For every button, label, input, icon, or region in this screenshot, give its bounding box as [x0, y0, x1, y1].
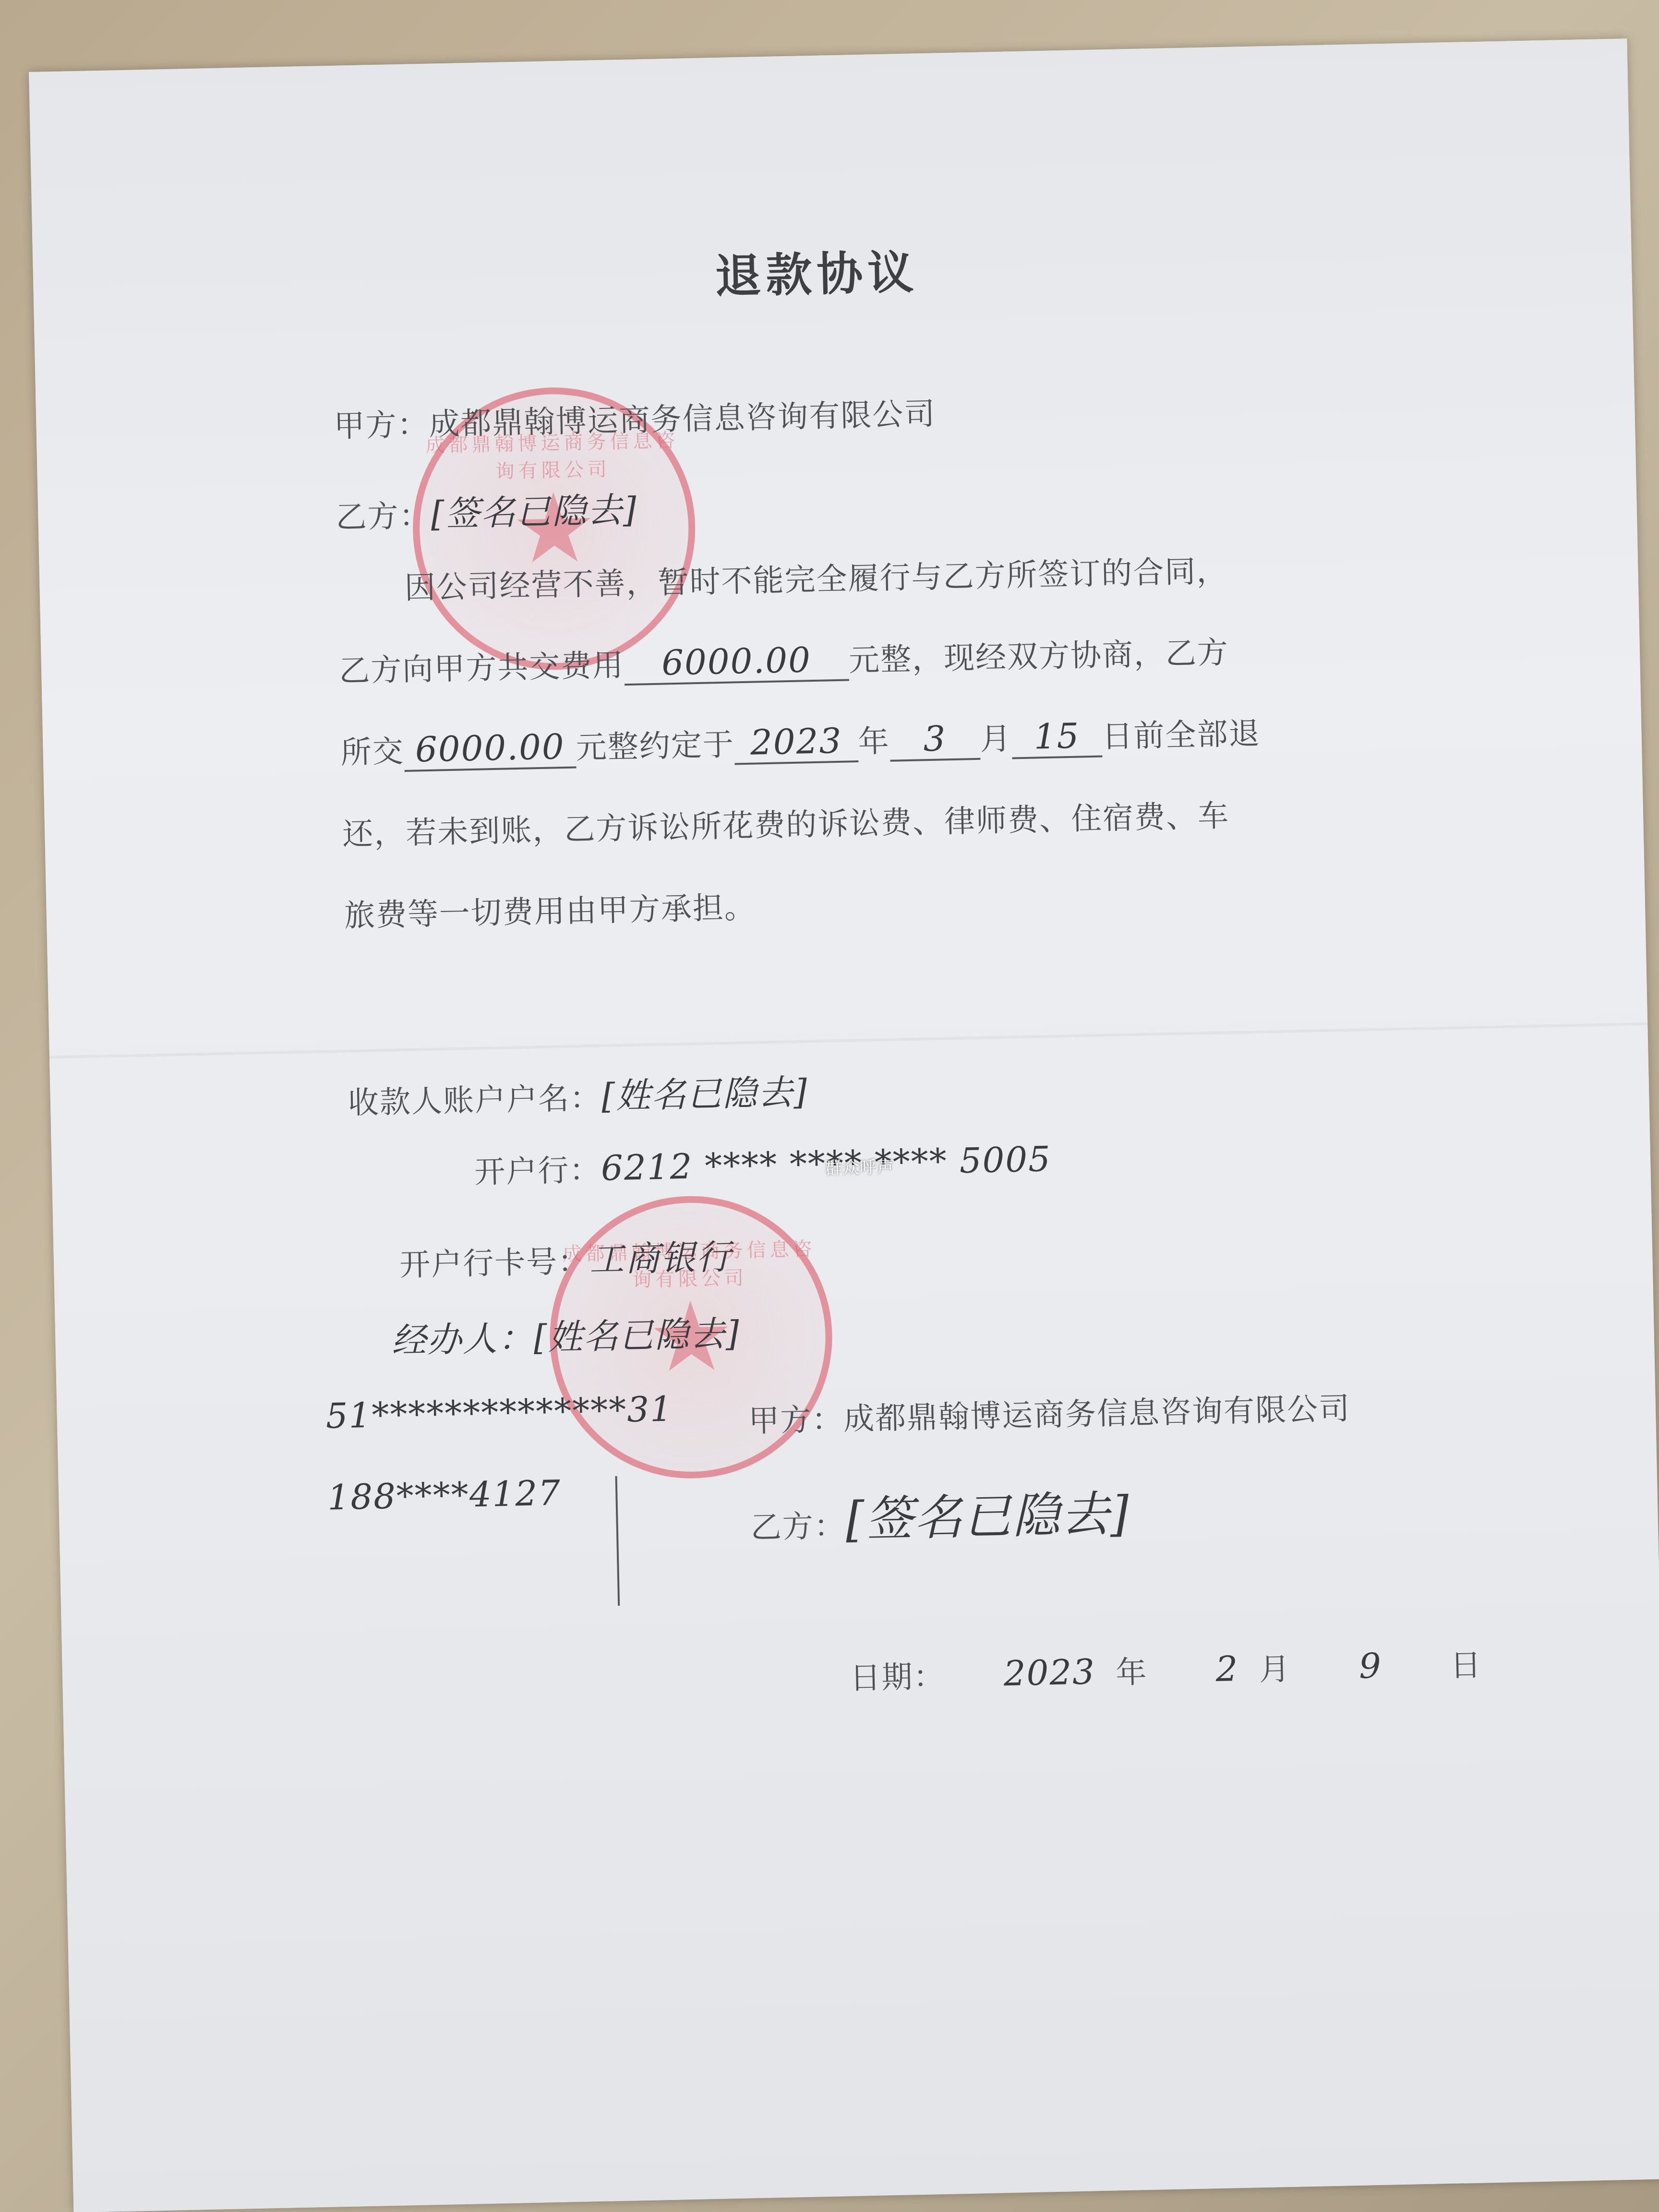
document-title: 退款协议 [714, 236, 919, 306]
card-value: 工商银行 [589, 1237, 732, 1280]
party-a-line: 甲方：成都鼎翰博运商务信息咨询有限公司 [334, 389, 937, 446]
date-day: 9 [1358, 1646, 1382, 1686]
body-line-5: 旅费等一切费用由甲方承担。 [344, 883, 757, 936]
pen-stroke [615, 1476, 620, 1606]
signature-party-a: 甲方：成都鼎翰博运商务信息咨询有限公司 [748, 1384, 1351, 1441]
body-line-3: 所交6000.00元整约定于2023年3月15日前全部退 [340, 709, 1261, 773]
amount-paid: 6000.00 [624, 639, 849, 686]
signature-party-b: 乙方：[签名已隐去] [750, 1475, 1130, 1552]
payee-name-line: 收款人账户户名：[姓名已隐去] [348, 1064, 808, 1123]
party-b-signature: [签名已隐去] [431, 490, 638, 534]
date-line: 日期： 2023 年 2 月 9 日 [849, 1640, 1482, 1698]
due-day: 15 [1011, 715, 1103, 759]
party-a-name: 成都鼎翰博运商务信息咨询有限公司 [429, 397, 936, 443]
payee-name: [姓名已隐去] [601, 1071, 808, 1116]
agreement-paper: 退款协议 成都鼎翰博运商务信息咨询有限公司 ★ 甲方：成都鼎翰博运商务信息咨询有… [29, 38, 1659, 2212]
party-b-line: 乙方：[签名已隐去] [335, 482, 637, 538]
party-b-signature-bottom: [签名已隐去] [845, 1486, 1130, 1548]
date-month: 2 [1215, 1648, 1239, 1689]
amount-refund: 6000.00 [404, 726, 577, 771]
id-number: 51**************31 [325, 1389, 673, 1436]
watermark: 群众呼声 [825, 1154, 894, 1179]
date-year: 2023 [1003, 1651, 1096, 1694]
card-line: 开户行卡号：工商银行 [399, 1229, 732, 1286]
phone-number: 188****4127 [327, 1472, 561, 1517]
paper-fold [49, 1022, 1647, 1059]
body-line-4: 还，若未到账，乙方诉讼所花费的诉讼费、律师费、住宿费、车 [342, 791, 1230, 854]
due-month: 3 [890, 718, 981, 762]
handler-line: 经办人：[姓名已隐去] [391, 1306, 740, 1363]
due-year: 2023 [734, 720, 859, 765]
bank-line: 开户行：6212 **** **** **** 5005 [474, 1136, 1052, 1192]
handler-value: [姓名已隐去] [533, 1313, 741, 1358]
